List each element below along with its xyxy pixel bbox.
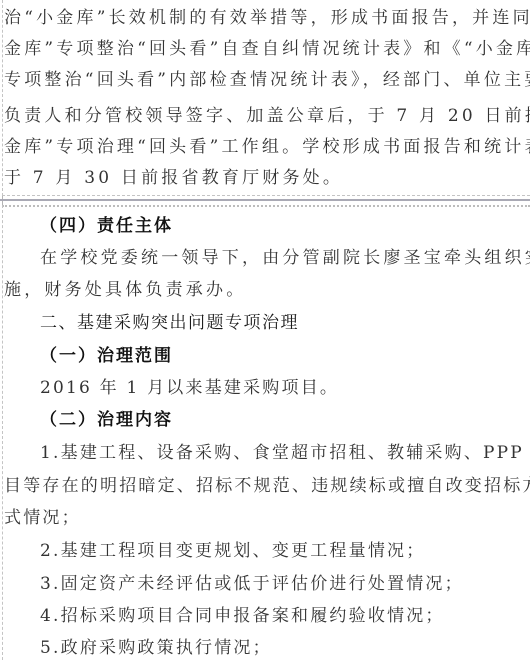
paragraph-line: 负责人和分管校领导签字、加盖公章后，于 7 月 20 日前报送“小 — [4, 101, 530, 131]
paragraph-line: 治“小金库”长效机制的有效举措等，形成书面报告，并连同《“小 — [4, 3, 530, 33]
paragraph-line: 于 7 月 30 日前报省教育厅财务处。 — [4, 163, 530, 193]
section-heading-responsibility: （四）责任主体 — [40, 211, 530, 241]
subsection-heading-content: （二）治理内容 — [40, 405, 530, 435]
paragraph-line: 金库”专项治理“回头看”工作组。学校形成书面报告和统计表， — [4, 132, 530, 162]
margin-guide-left — [2, 205, 3, 660]
list-item-line: 4.招标采购项目合同申报备案和履约验收情况； — [40, 601, 530, 631]
list-item-line: 3.固定资产未经评估或低于评估价进行处置情况； — [40, 569, 530, 599]
paragraph-line: 在学校党委统一领导下，由分管副院长廖圣宝牵头组织实 — [40, 243, 530, 273]
margin-guide-left — [2, 0, 3, 196]
list-item-line: 5.政府采购政策执行情况； — [40, 633, 530, 660]
page-break — [0, 196, 530, 205]
paragraph-line: 专项整治“回头看”内部检查情况统计表》，经部门、单位主要 — [4, 65, 530, 95]
page-separator — [0, 199, 530, 201]
list-item-line: 1.基建工程、设备采购、食堂超市招租、教辅采购、PPP 项 — [40, 438, 530, 468]
paragraph-line: 施，财务处具体负责承办。 — [4, 275, 530, 305]
list-item-line: 目等存在的明招暗定、招标不规范、违规续标或擅自改变招标方 — [4, 471, 530, 501]
paragraph-line: 2016 年 1 月以来基建采购项目。 — [40, 373, 530, 403]
list-item-line: 2.基建工程项目变更规划、变更工程量情况； — [40, 536, 530, 566]
margin-guide-top — [2, 205, 530, 207]
list-item-line: 式情况； — [4, 503, 530, 533]
subsection-heading-scope: （一）治理范围 — [40, 341, 530, 371]
document-page-bottom: （四）责任主体 在学校党委统一领导下，由分管副院长廖圣宝牵头组织实 施，财务处具… — [0, 205, 530, 660]
document-page-top: 治“小金库”长效机制的有效举措等，形成书面报告，并连同《“小 金库”专项整治“回… — [0, 0, 530, 196]
section-title-infrastructure: 二、基建采购突出问题专项治理 — [40, 308, 530, 338]
paragraph-line: 金库”专项整治“回头看”自查自纠情况统计表》和《“小金库” — [4, 34, 530, 64]
